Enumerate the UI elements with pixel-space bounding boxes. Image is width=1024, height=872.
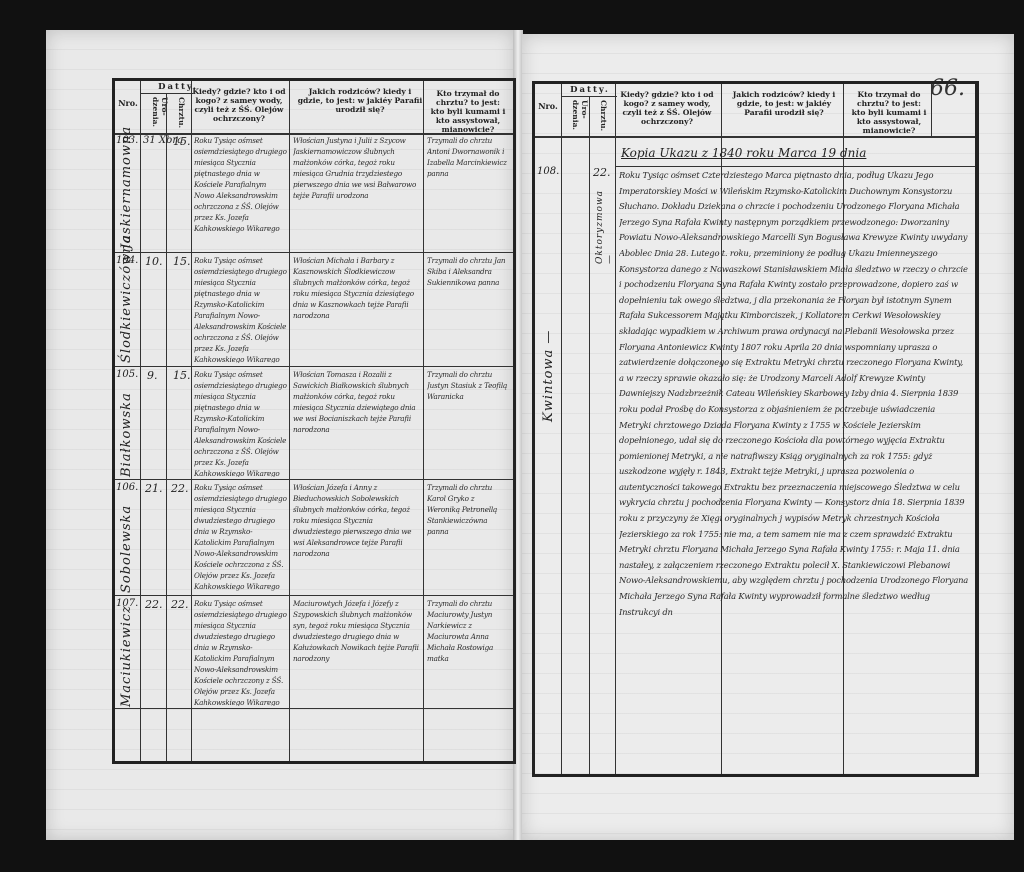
baptism-date: 22.	[171, 482, 189, 495]
header-dates: Datty.	[563, 86, 617, 95]
decree-title: Kopia Ukazu z 1840 roku Marca 19 dnia	[621, 146, 961, 160]
col-line	[589, 96, 590, 774]
baptism-details: Roku Tysiąc ośmset osiemdziesiątego drug…	[194, 255, 288, 363]
baptism-date: 15.	[173, 255, 191, 268]
surname: Sobolewska	[119, 499, 134, 593]
decree-text: Roku Tysiąc ośmset Czterdziestego Marca …	[619, 168, 969, 768]
godparents-details: Trzymali do chrztu Antoni Dwornawonik i …	[427, 135, 509, 215]
godparents-details: Trzymali do chrztu Jan Skiba i Aleksandr…	[427, 255, 509, 325]
baptism-date: 22.	[171, 598, 189, 611]
entry-number: 108.	[537, 166, 559, 177]
header-baptism: Chrztu.	[599, 100, 608, 134]
baptism-note: Oktoryzmowa —	[595, 184, 615, 264]
col-line	[423, 81, 424, 761]
birth-date: 10.	[145, 255, 163, 268]
header-when-where: Kiedy? gdzie? kto i od kogo? z samey wod…	[617, 90, 717, 126]
godparents-details: Trzymali do chrztu Karol Gryko z Weronik…	[427, 482, 509, 562]
col-line	[191, 81, 192, 761]
entry-number: 105.	[116, 369, 138, 380]
right-table-header: Nro. Datty. Uro-dzenia. Chrztu. Kiedy? g…	[535, 84, 975, 138]
parents-details: Włościan Tomasza i Rozalii z Sawickich B…	[293, 369, 421, 477]
right-register-table: Nro. Datty. Uro-dzenia. Chrztu. Kiedy? g…	[532, 81, 979, 777]
baptism-date: 22.	[593, 166, 611, 179]
birth-date: 21.	[145, 482, 163, 495]
title-underline	[615, 166, 975, 167]
baptism-details: Roku Tysiąc ośmset osiemdziesiątego drug…	[194, 135, 288, 249]
header-number: Nro.	[117, 99, 139, 108]
row-divider	[115, 479, 513, 480]
parents-details: Włościan Józefa i Anny z Bieduchowskich …	[293, 482, 421, 592]
surname: Białkowska	[119, 385, 134, 477]
baptism-details: Roku Tysiąc ośmset osiemdziesiątego drug…	[194, 369, 288, 477]
col-line	[140, 81, 141, 761]
entry-number: 106.	[116, 482, 138, 493]
row-divider	[115, 252, 513, 253]
header-number: Nro.	[537, 102, 559, 111]
dates-subdivider	[141, 93, 193, 94]
baptism-details: Roku Tysiąc ośmset osiemdziesiątego drug…	[194, 482, 288, 592]
godparents-details: Trzymali do chrztu Maciurowty Justyn Nar…	[427, 598, 509, 678]
left-table-header: Nro. Datty. Uro-dzenia. Chrztu. Kiedy? g…	[115, 81, 513, 135]
header-when-where: Kiedy? gdzie? kto i od kogo? z samey wod…	[191, 87, 287, 123]
baptism-date: 15.	[173, 369, 191, 382]
parents-details: Włościan Michała i Barbary z Kasznowskic…	[293, 255, 421, 363]
parents-details: Włościan Justyna i Julii z Szycow Jaskie…	[293, 135, 421, 249]
surname: Maciukiewicz	[119, 615, 134, 707]
row-divider	[115, 366, 513, 367]
header-baptism: Chrztu.	[177, 97, 186, 131]
godparents-details: Trzymali do chrztu Justyn Stasiuk z Teof…	[427, 369, 509, 429]
baptism-date: 15.	[173, 135, 191, 148]
col-line	[931, 84, 932, 136]
col-line	[615, 84, 616, 774]
col-line	[166, 93, 167, 761]
row-divider	[115, 595, 513, 596]
row-divider	[115, 708, 513, 709]
header-godparents: Kto trzymał do chrztu? to jest: kto byli…	[849, 90, 929, 135]
birth-date: 9.	[147, 369, 158, 382]
col-line	[561, 84, 562, 774]
header-parents: Jakich rodziców? kiedy i gdzie, to jest:…	[727, 90, 841, 117]
header-birth: Uro-dzenia.	[571, 100, 589, 134]
header-parents: Jakich rodziców? kiedy i gdzie, to jest:…	[295, 87, 425, 114]
birth-date: 22.	[145, 598, 163, 611]
header-godparents: Kto trzymał do chrztu? to jest: kto byli…	[429, 89, 507, 134]
baptism-details: Roku Tysiąc ośmset osiemdziesiątego drug…	[194, 598, 288, 706]
surname: Kwintowa —	[541, 322, 556, 422]
left-register-table: Nro. Datty. Uro-dzenia. Chrztu. Kiedy? g…	[112, 78, 516, 764]
col-line	[289, 81, 290, 761]
parents-details: Maciurowtych Józefa i Józefy z Szypowski…	[293, 598, 421, 706]
surname: Ślodkiewiczówna	[119, 273, 134, 363]
